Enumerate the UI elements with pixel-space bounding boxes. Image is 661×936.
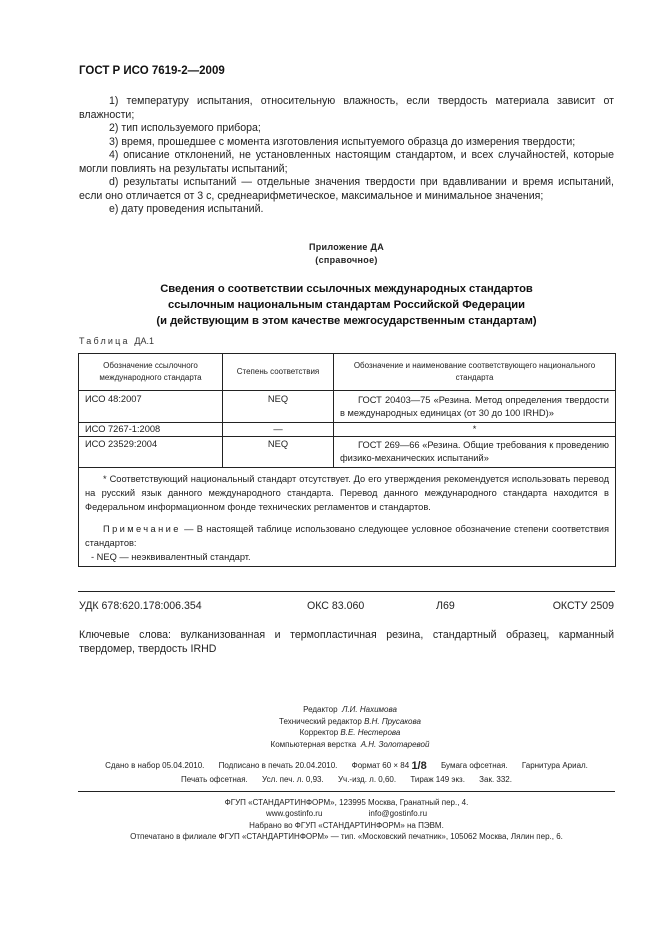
appendix-title-line: ссылочным национальным стандартам Россий… bbox=[79, 297, 614, 313]
editorial-staff: Редактор Л.И. Нахимова Технический редак… bbox=[150, 704, 550, 750]
list-item: 2) тип используемого прибора; bbox=[79, 122, 614, 136]
fraction-glyph: 1/8 bbox=[411, 759, 426, 773]
staff-line: Корректор В.Е. Нестерова bbox=[150, 727, 550, 739]
website-link[interactable]: www.gostinfo.ru bbox=[266, 809, 322, 818]
list-item: 4) описание отклонений, не установленных… bbox=[79, 149, 614, 176]
column-header: Степень соответствия bbox=[223, 354, 334, 391]
column-header: Обозначение ссылочного международного ст… bbox=[79, 354, 223, 391]
appendix-title: Сведения о соответствии ссылочных междун… bbox=[79, 281, 614, 329]
list-item: e) дату проведения испытаний. bbox=[79, 203, 614, 217]
note-item: - NEQ — неэквивалентный стандарт. bbox=[85, 550, 609, 564]
list-item: d) результаты испытаний — отдельные знач… bbox=[79, 176, 614, 203]
keywords: Ключевые слова: вулканизованная и термоп… bbox=[79, 628, 614, 656]
table-row: ИСО 7267-1:2008 — * bbox=[79, 423, 616, 437]
divider bbox=[78, 791, 615, 792]
table-label-word: Таблица bbox=[79, 336, 130, 346]
correspondence-table: Обозначение ссылочного международного ст… bbox=[78, 353, 616, 567]
intl-standard-cell: ИСО 48:2007 bbox=[79, 391, 223, 423]
intl-standard-cell: ИСО 7267-1:2008 bbox=[79, 423, 223, 437]
appendix-heading: Приложение ДА (справочное) bbox=[79, 241, 614, 267]
table-header-row: Обозначение ссылочного международного ст… bbox=[79, 354, 616, 391]
degree-cell: — bbox=[223, 423, 334, 437]
table-row: ИСО 48:2007 NEQ ГОСТ 20403—75 «Резина. М… bbox=[79, 391, 616, 423]
appendix-kind: (справочное) bbox=[79, 254, 614, 267]
print-imprint: Сдано в набор 05.04.2010. Подписано в пе… bbox=[79, 758, 614, 787]
appendix-title-line: (и действующим в этом качестве межгосуда… bbox=[79, 313, 614, 329]
degree-cell: NEQ bbox=[223, 391, 334, 423]
footnote-text: * Соответствующий национальный стандарт … bbox=[85, 472, 609, 514]
staff-line: Технический редактор В.Н. Прусакова bbox=[150, 716, 550, 728]
table-footnote: * Соответствующий национальный стандарт … bbox=[79, 468, 616, 567]
imprint-line: Печать офсетная. Усл. печ. л. 0,93. Уч.-… bbox=[79, 773, 614, 787]
staff-line: Редактор Л.И. Нахимова bbox=[150, 704, 550, 716]
intl-standard-cell: ИСО 23529:2004 bbox=[79, 437, 223, 468]
table-row: ИСО 23529:2004 NEQ ГОСТ 269—66 «Резина. … bbox=[79, 437, 616, 468]
degree-cell: NEQ bbox=[223, 437, 334, 468]
list-item: 1) температуру испытания, относительную … bbox=[79, 95, 614, 122]
table-footnote-row: * Соответствующий национальный стандарт … bbox=[79, 468, 616, 567]
note-text: Примечание — В настоящей таблице использ… bbox=[85, 522, 609, 550]
okstu-code: ОКСТУ 2509 bbox=[553, 600, 614, 612]
email-link[interactable]: info@gostinfo.ru bbox=[369, 809, 427, 818]
typeset-info: Набрано во ФГУП «СТАНДАРТИНФОРМ» на ПЭВМ… bbox=[79, 820, 614, 831]
national-standard-cell: ГОСТ 269—66 «Резина. Общие требования к … bbox=[334, 437, 616, 468]
oks-code: ОКС 83.060 bbox=[307, 600, 364, 612]
imprint-line: Сдано в набор 05.04.2010. Подписано в пе… bbox=[79, 758, 614, 773]
column-header: Обозначение и наименование соответствующ… bbox=[334, 354, 616, 391]
printed-info: Отпечатано в филиале ФГУП «СТАНДАРТИНФОР… bbox=[79, 831, 614, 842]
appendix-label: Приложение ДА bbox=[79, 241, 614, 254]
national-standard-cell: ГОСТ 20403—75 «Резина. Метод определения… bbox=[334, 391, 616, 423]
publisher-contacts: www.gostinfo.ru info@gostinfo.ru bbox=[79, 808, 614, 819]
report-items-list: 1) температуру испытания, относительную … bbox=[79, 95, 614, 217]
table-label-number: ДА.1 bbox=[134, 336, 154, 346]
category-code: Л69 bbox=[436, 600, 455, 612]
national-standard-cell: * bbox=[334, 423, 616, 437]
staff-line: Компьютерная верстка А.Н. Золотаревой bbox=[150, 739, 550, 751]
list-item: 3) время, прошедшее с момента изготовлен… bbox=[79, 136, 614, 150]
udk-code: УДК 678:620.178:006.354 bbox=[79, 600, 202, 612]
document-header-title: ГОСТ Р ИСО 7619-2—2009 bbox=[79, 65, 225, 77]
appendix-title-line: Сведения о соответствии ссылочных междун… bbox=[79, 281, 614, 297]
publisher-info: ФГУП «СТАНДАРТИНФОРМ», 123995 Москва, Гр… bbox=[79, 797, 614, 842]
publisher-address: ФГУП «СТАНДАРТИНФОРМ», 123995 Москва, Гр… bbox=[79, 797, 614, 808]
table-label: Таблица ДА.1 bbox=[79, 336, 154, 346]
divider bbox=[78, 591, 615, 592]
